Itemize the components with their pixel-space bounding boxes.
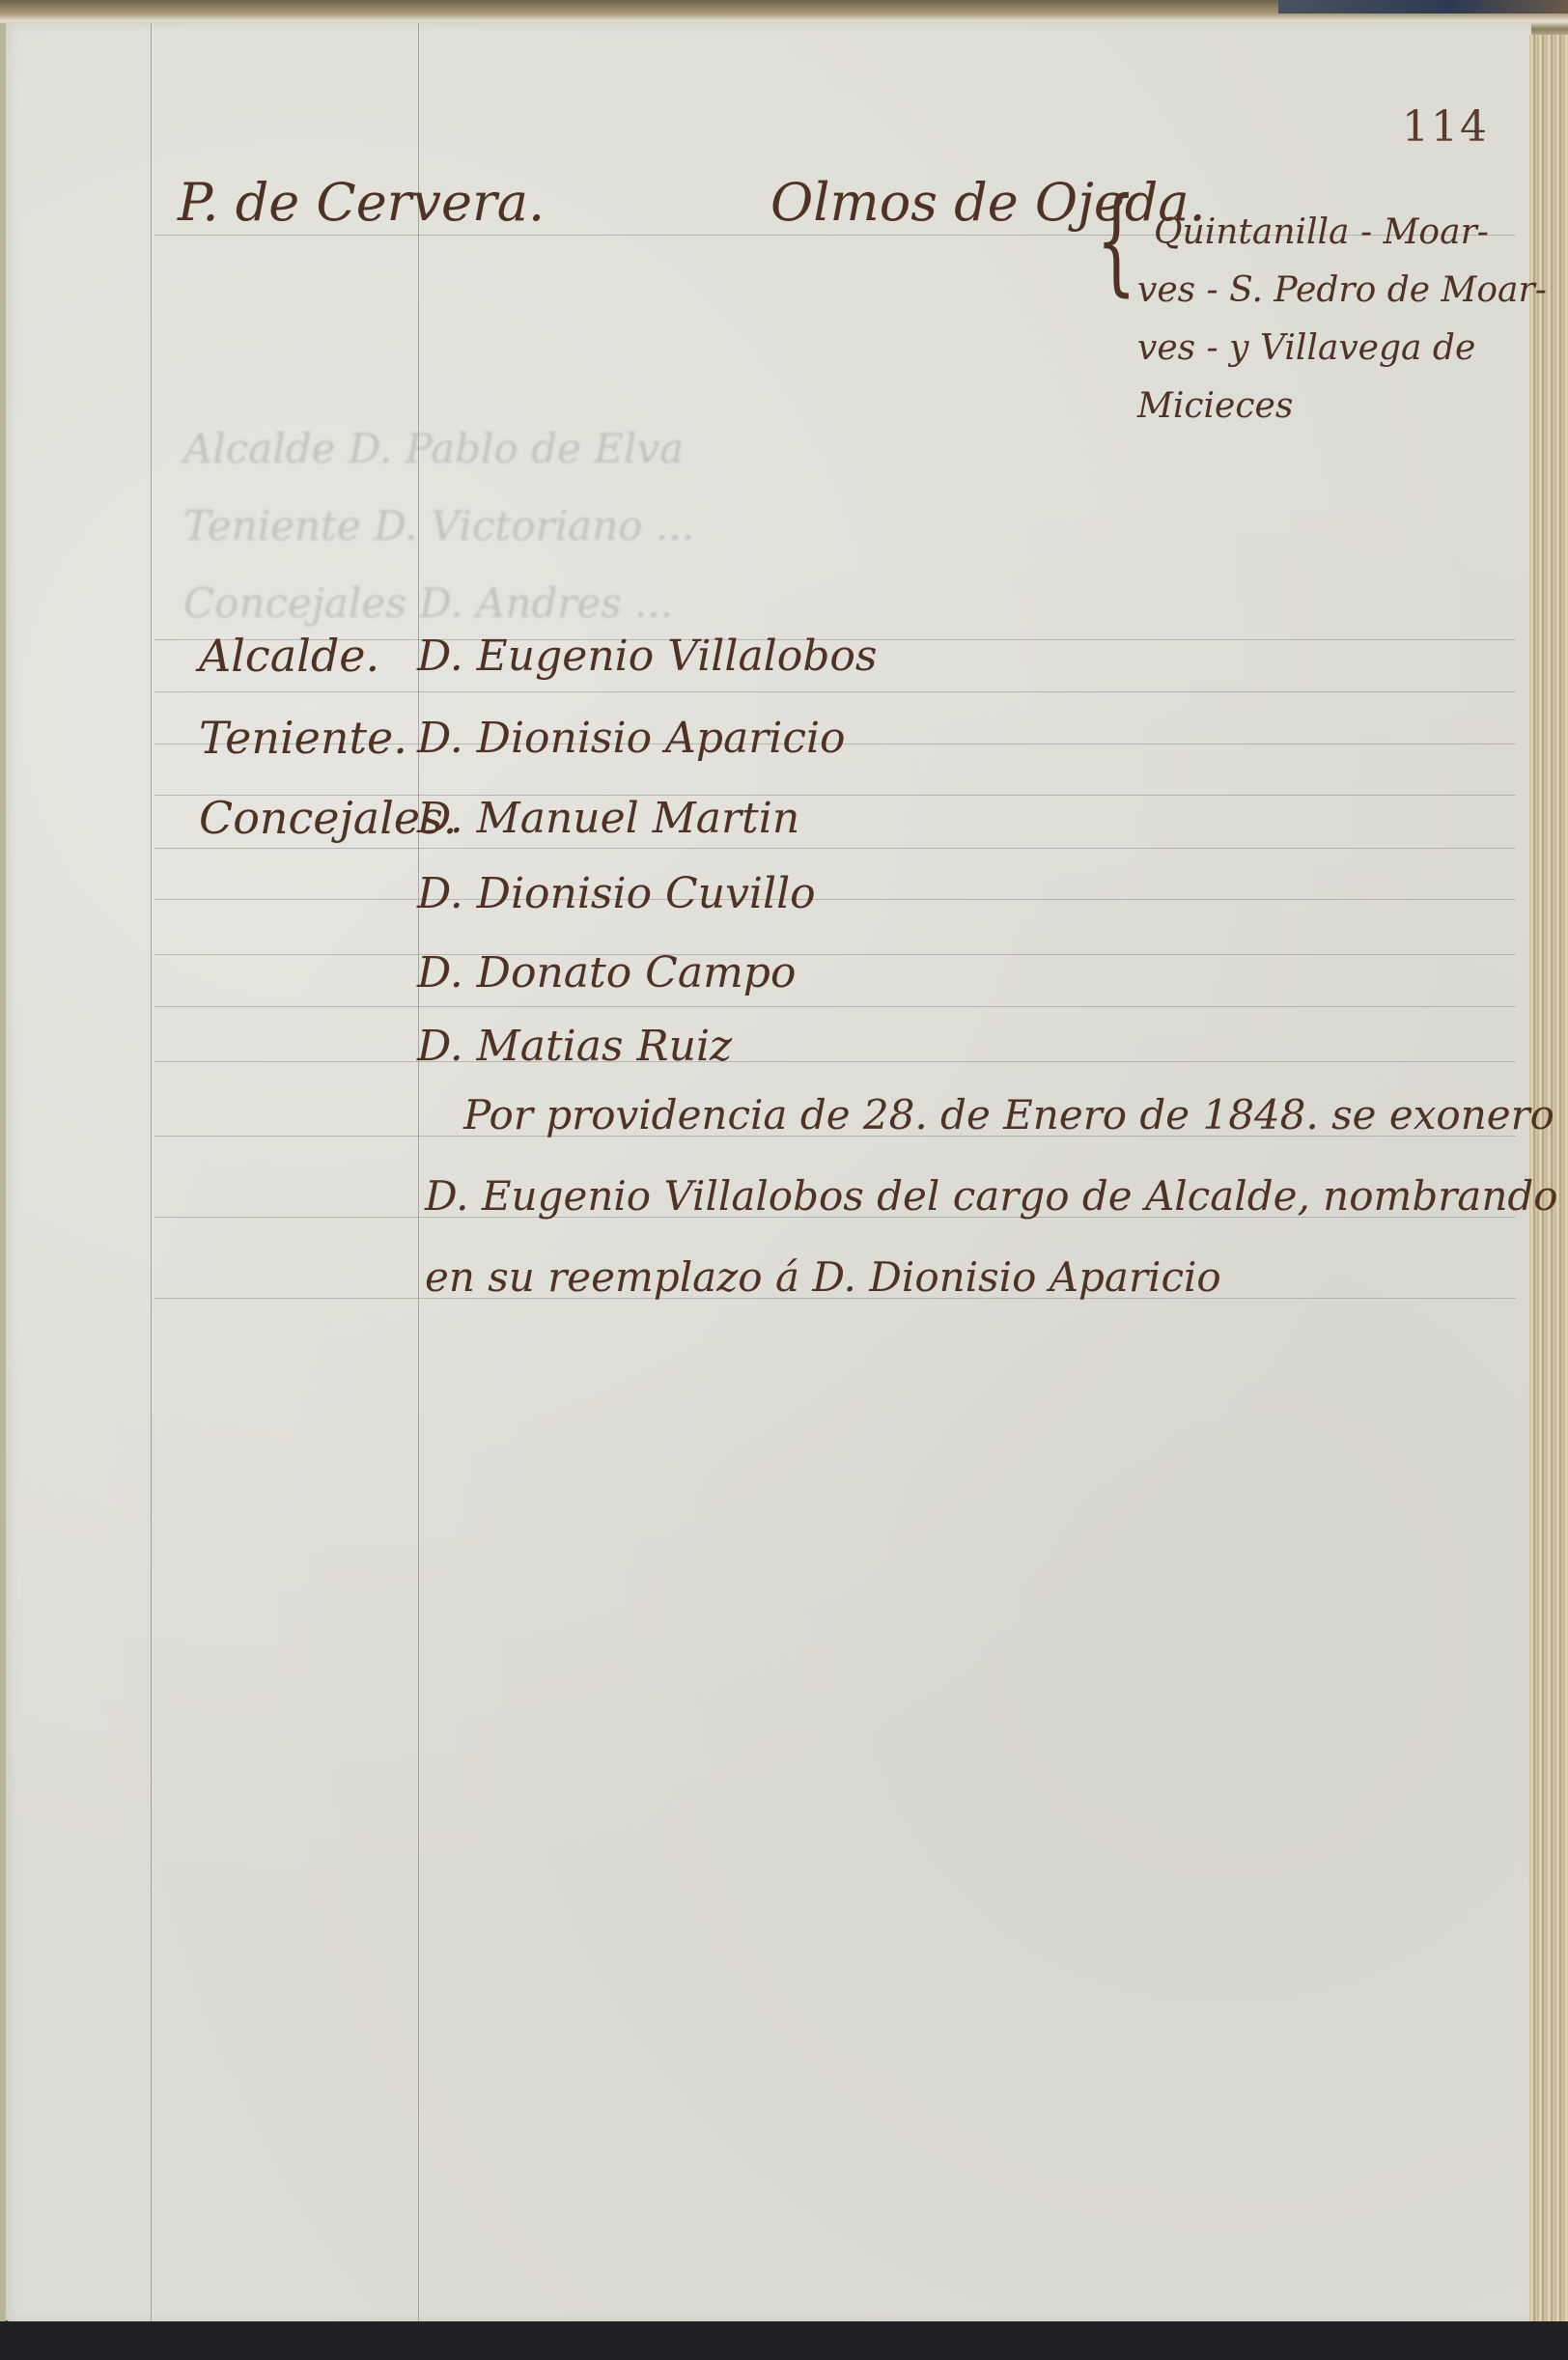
scan-background: [0, 2321, 1568, 2360]
official-name: D. Eugenio Villalobos: [417, 632, 877, 681]
background-cloth: [1278, 0, 1568, 14]
ruling-line: [154, 954, 1516, 955]
bleed-through-text: Concejales D. Andres ...: [183, 579, 673, 627]
brace-icon: {: [1096, 174, 1136, 308]
official-name: D. Manuel Martin: [417, 794, 799, 843]
note-line: Por providencia de 28. de Enero de 1848.…: [463, 1091, 1568, 1138]
annexed-line: Quintanilla - Moar-: [1154, 203, 1489, 263]
district-heading: P. de Cervera.: [178, 172, 545, 233]
annexed-line: ves - y Villavega de: [1137, 319, 1475, 379]
annexed-line: ves - S. Pedro de Moar-: [1137, 261, 1547, 321]
page-gutter-edge: [0, 23, 6, 2321]
margin-rule-inner: [418, 23, 419, 2321]
note-line: D. Eugenio Villalobos del cargo de Alcal…: [425, 1172, 1558, 1220]
official-name: D. Matias Ruiz: [417, 1022, 732, 1071]
role-label: Alcalde.: [199, 630, 379, 682]
margin-rule-outer: [151, 23, 152, 2321]
ruling-line: [154, 691, 1516, 692]
bleed-through-text: Alcalde D. Pablo de Elva: [183, 425, 684, 472]
official-name: D. Dionisio Aparicio: [417, 714, 846, 763]
role-label: Teniente.: [199, 712, 407, 764]
annexed-line: Micieces: [1137, 377, 1293, 436]
folio-number: 114: [1402, 102, 1489, 152]
note-line: en su reemplazo á D. Dionisio Aparicio: [425, 1253, 1221, 1301]
ruling-line: [154, 848, 1516, 849]
official-name: D. Dionisio Cuvillo: [417, 869, 816, 918]
ruling-line: [154, 1006, 1516, 1007]
municipality-heading: Olmos de Ojeda.: [770, 172, 1206, 233]
official-name: D. Donato Campo: [417, 948, 796, 997]
bleed-through-text: Teniente D. Victoriano ...: [183, 502, 694, 549]
ruling-line: [154, 899, 1516, 900]
ruling-line: [154, 1061, 1516, 1062]
